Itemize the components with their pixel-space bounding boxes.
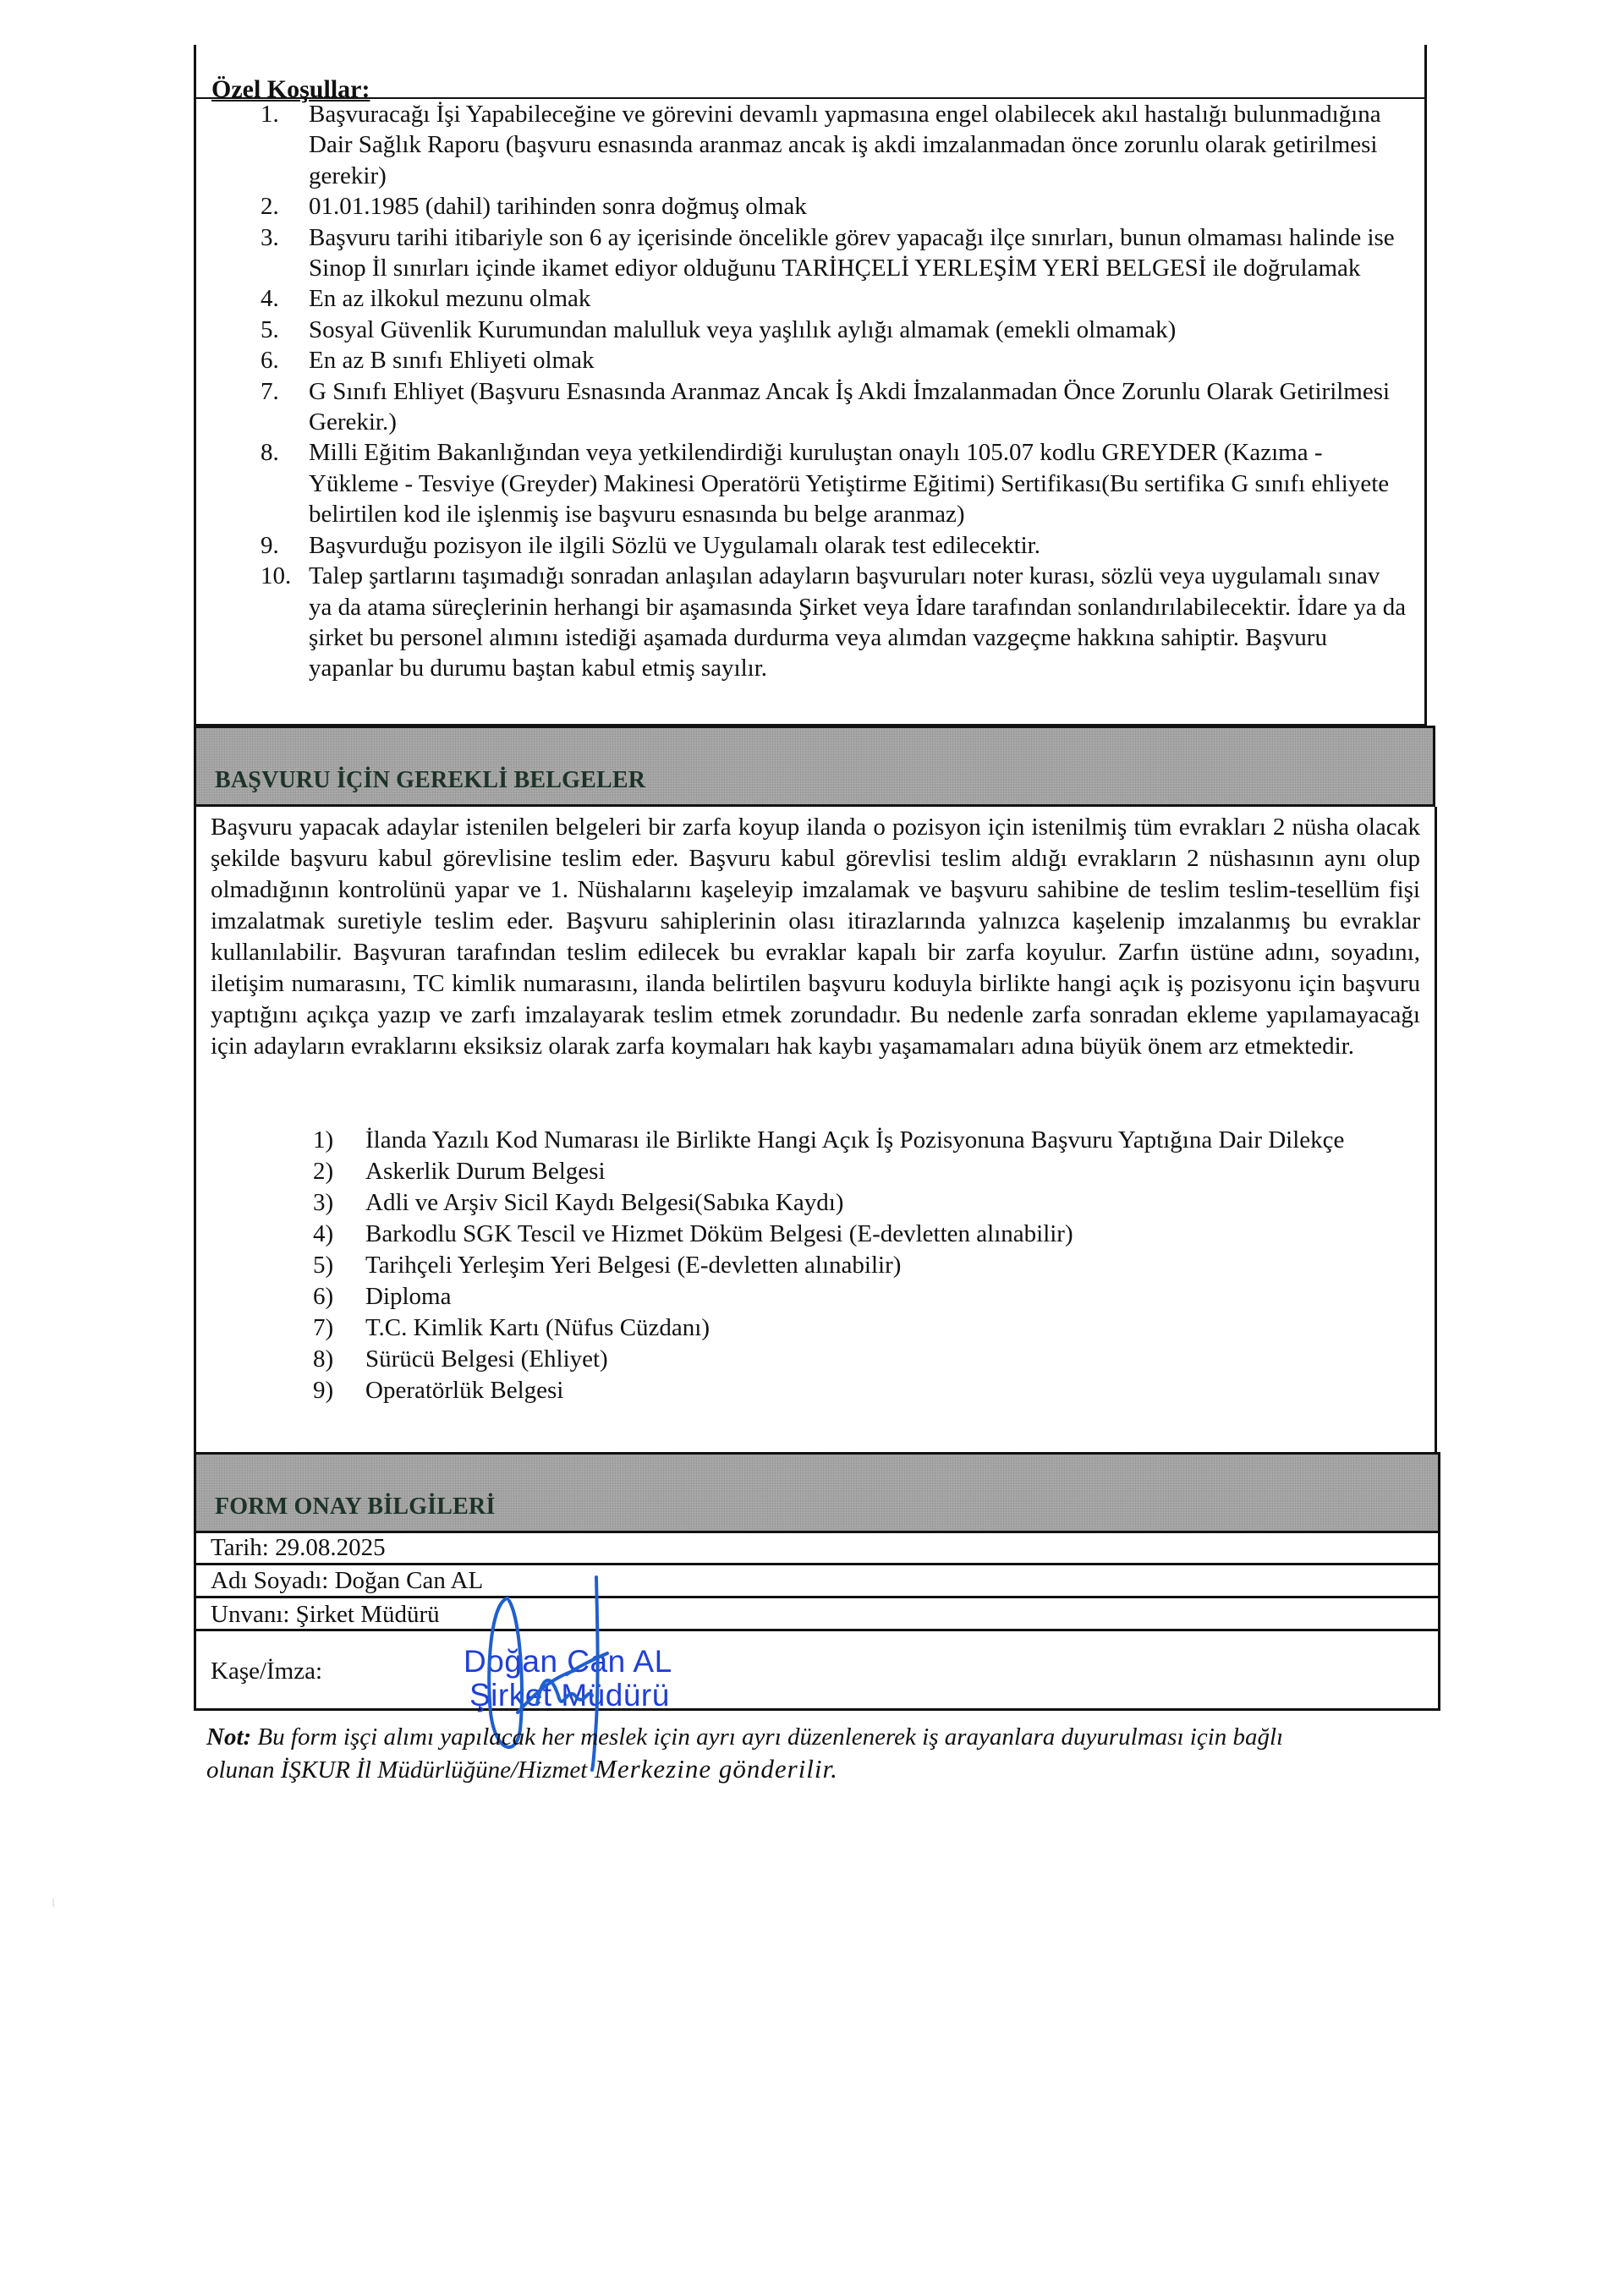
condition-text: Talep şartlarını taşımadığı sonradan anl…	[309, 562, 1406, 682]
document-item: 4)Barkodlu SGK Tescil ve Hizmet Döküm Be…	[196, 1219, 1380, 1250]
document-item: 2)Askerlik Durum Belgesi	[196, 1156, 1380, 1187]
approval-stamp-label: Kaşe/İmza:	[211, 1658, 322, 1685]
condition-text: Sosyal Güvenlik Kurumundan malulluk veya…	[309, 316, 1176, 343]
condition-text: En az B sınıfı Ehliyeti olmak	[309, 347, 594, 374]
document-text: Operatörlük Belgesi	[365, 1377, 563, 1404]
required-documents-section: Başvuru yapacak adaylar istenilen belgel…	[194, 807, 1437, 1453]
document-item: 9)Operatörlük Belgesi	[196, 1375, 1380, 1406]
document-item: 5)Tarihçeli Yerleşim Yeri Belgesi (E-dev…	[196, 1250, 1380, 1281]
note-text-line2a: olunan İŞKUR İl Müdürlüğüne/Hizmet	[206, 1756, 587, 1784]
document-number: 4)	[313, 1219, 333, 1250]
footer-note: Not: Bu form işçi alımı yapılacak her me…	[206, 1722, 1450, 1786]
required-documents-title: BAŞVURU İÇİN GEREKLİ BELGELER	[215, 767, 645, 794]
condition-number: 1.	[261, 99, 303, 129]
condition-text: Milli Eğitim Bakanlığından veya yetkilen…	[309, 439, 1389, 528]
document-number: 8)	[313, 1344, 333, 1375]
form-approval-header: FORM ONAY BİLGİLERİ	[194, 1452, 1440, 1533]
condition-text: Başvurduğu pozisyon ile ilgili Sözlü ve …	[309, 532, 1040, 559]
condition-item: 2.01.01.1985 (dahil) tarihinden sonra do…	[196, 191, 1424, 222]
document-number: 1)	[313, 1125, 333, 1156]
document-number: 5)	[313, 1250, 333, 1281]
document-item: 6)Diploma	[196, 1281, 1380, 1312]
document-text: Adli ve Arşiv Sicil Kaydı Belgesi(Sabıka…	[365, 1189, 843, 1216]
document-text: Diploma	[365, 1283, 452, 1310]
condition-text: 01.01.1985 (dahil) tarihinden sonra doğm…	[309, 193, 807, 220]
document-text: Askerlik Durum Belgesi	[365, 1158, 606, 1185]
condition-number: 8.	[261, 437, 303, 468]
document-number: 7)	[313, 1312, 333, 1344]
condition-number: 7.	[261, 376, 303, 407]
condition-item: 7.G Sınıfı Ehliyet (Başvuru Esnasında Ar…	[196, 376, 1424, 438]
condition-item: 1.Başvuracağı İşi Yapabileceğine ve göre…	[196, 99, 1424, 191]
condition-item: 9.Başvurduğu pozisyon ile ilgili Sözlü v…	[196, 530, 1424, 561]
document-number: 2)	[313, 1156, 333, 1187]
condition-text: En az ilkokul mezunu olmak	[309, 285, 590, 312]
condition-number: 4.	[261, 283, 303, 314]
condition-number: 9.	[261, 530, 303, 561]
company-stamp: Doğan Can AL Şirket Müdürü	[464, 1645, 672, 1712]
condition-item: 8.Milli Eğitim Bakanlığından veya yetkil…	[196, 437, 1424, 529]
condition-text: Başvuru tarihi itibariyle son 6 ay içeri…	[309, 224, 1395, 282]
form-approval-table: Tarih: 29.08.2025 Adı Soyadı: Doğan Can …	[194, 1532, 1440, 1711]
approval-name: Adı Soyadı: Doğan Can AL	[211, 1567, 483, 1594]
document-text: İlanda Yazılı Kod Numarası ile Birlikte …	[365, 1126, 1344, 1153]
approval-title-row: Unvanı: Şirket Müdürü	[196, 1598, 1438, 1631]
document-item: 1)İlanda Yazılı Kod Numarası ile Birlikt…	[196, 1125, 1380, 1156]
note-text-line1: Bu form işçi alımı yapılacak her meslek …	[251, 1723, 1283, 1751]
condition-number: 2.	[261, 191, 303, 222]
document-item: 7)T.C. Kimlik Kartı (Nüfus Cüzdanı)	[196, 1312, 1380, 1344]
required-documents-list: 1)İlanda Yazılı Kod Numarası ile Birlikt…	[196, 1125, 1380, 1406]
document-number: 6)	[313, 1281, 333, 1312]
special-conditions-section: Özel Koşullar: 1.Başvuracağı İşi Yapabil…	[194, 45, 1427, 726]
stamp-title: Şirket Müdürü	[464, 1679, 672, 1712]
condition-item: 10.Talep şartlarını taşımadığı sonradan …	[196, 561, 1424, 684]
document-item: 3)Adli ve Arşiv Sicil Kaydı Belgesi(Sabı…	[196, 1187, 1380, 1219]
condition-item: 5.Sosyal Güvenlik Kurumundan malulluk ve…	[196, 315, 1424, 345]
document-page: Özel Koşullar: 1.Başvuracağı İşi Yapabil…	[0, 0, 1624, 2296]
approval-title: Unvanı: Şirket Müdürü	[211, 1601, 440, 1628]
condition-item: 4.En az ilkokul mezunu olmak	[196, 283, 1424, 314]
condition-number: 3.	[261, 222, 303, 253]
stamp-name: Doğan Can AL	[464, 1645, 672, 1679]
required-documents-header: BAŞVURU İÇİN GEREKLİ BELGELER	[194, 726, 1435, 807]
document-number: 3)	[313, 1187, 333, 1219]
document-text: Tarihçeli Yerleşim Yeri Belgesi (E-devle…	[365, 1252, 901, 1279]
note-text-line2b: Merkezine gönderilir.	[587, 1754, 838, 1784]
document-item: 8)Sürücü Belgesi (Ehliyet)	[196, 1344, 1380, 1375]
scan-mark	[52, 1899, 54, 1907]
condition-number: 5.	[261, 315, 303, 345]
approval-date: Tarih: 29.08.2025	[211, 1534, 386, 1561]
approval-name-row: Adı Soyadı: Doğan Can AL	[196, 1565, 1438, 1598]
condition-text: Başvuracağı İşi Yapabileceğine ve görevi…	[309, 101, 1381, 189]
document-text: Barkodlu SGK Tescil ve Hizmet Döküm Belg…	[365, 1220, 1073, 1247]
condition-item: 6.En az B sınıfı Ehliyeti olmak	[196, 345, 1424, 375]
note-label: Not:	[206, 1723, 251, 1751]
condition-number: 10.	[261, 561, 303, 591]
condition-item: 3.Başvuru tarihi itibariyle son 6 ay içe…	[196, 222, 1424, 284]
condition-number: 6.	[261, 345, 303, 375]
special-conditions-list: 1.Başvuracağı İşi Yapabileceğine ve göre…	[196, 99, 1424, 684]
document-text: Sürücü Belgesi (Ehliyet)	[365, 1345, 608, 1373]
condition-text: G Sınıfı Ehliyet (Başvuru Esnasında Aran…	[309, 378, 1390, 436]
document-text: T.C. Kimlik Kartı (Nüfus Cüzdanı)	[365, 1314, 710, 1341]
document-number: 9)	[313, 1375, 333, 1406]
form-approval-title: FORM ONAY BİLGİLERİ	[215, 1493, 496, 1521]
approval-stamp-row: Kaşe/İmza:	[196, 1631, 1438, 1711]
required-documents-paragraph: Başvuru yapacak adaylar istenilen belgel…	[211, 812, 1420, 1062]
approval-date-row: Tarih: 29.08.2025	[196, 1532, 1438, 1565]
